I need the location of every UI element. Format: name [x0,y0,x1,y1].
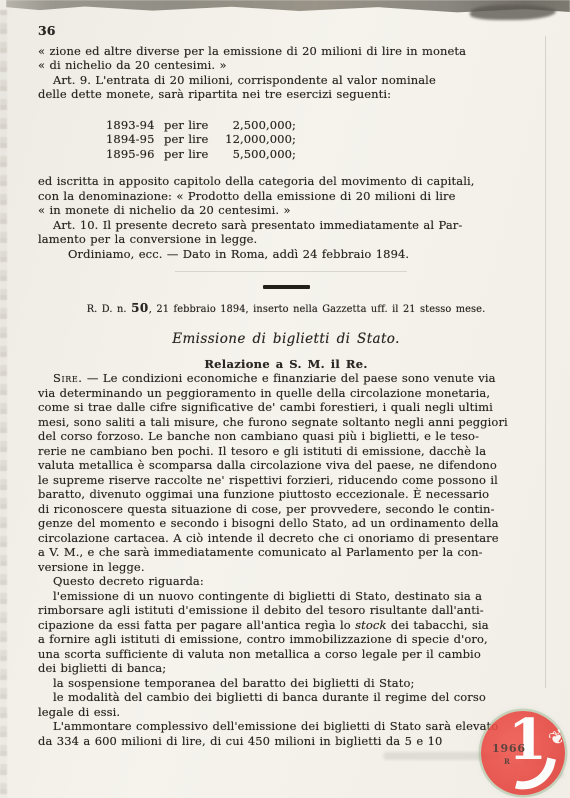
allocation-table: 1893-94 per lire 2,500,000; 1894-95 per … [38,118,534,162]
report-opening-paragraph: Sire. — Le condizioni economiche e finan… [38,371,534,574]
section-divider [263,285,310,289]
rd-prefix: R. D. n. [87,304,131,315]
stock-before: cipazione da essi fatta per pagare all'a… [38,618,355,632]
article-9-paragraph: Art. 9. L'entrata di 20 milioni, corrisp… [38,73,534,102]
intro-quote-paragraph: « zione ed altre diverse per la emission… [38,44,534,73]
allocation-year: 1895-96 [106,147,164,162]
stock-after: dei tabacchi, sia [387,618,489,632]
allocation-label: per lire [164,147,216,162]
decree-item-3: le modalità del cambio dei biglietti di … [38,690,534,719]
opening-first-line: — Le condizioni economiche e finanziarie… [83,371,496,385]
allocation-amount: 2,500,000; [216,118,296,133]
salutation: Sire. [53,371,83,385]
royal-decree-reference: R. D. n. 50, 21 febbraio 1894, inserto n… [38,302,534,316]
item1-lines-b: a fornire agli istituti di emissione, co… [38,632,534,676]
allocation-label: per lire [164,132,216,147]
scanned-page-content: 36 « zione ed altre diverse per la emiss… [38,24,534,748]
allocation-row: 1894-95 per lire 12,000,000; [106,132,534,147]
capitolo-paragraph: ed iscritta in apposito capitolo della c… [38,174,534,218]
decree-title: Emissione di biglietti di Stato. [38,332,534,347]
allocation-label: per lire [164,118,216,133]
allocation-year: 1894-95 [106,132,164,147]
closing-paragraph: L'ammontare complessivo dell'emissione d… [38,719,534,748]
page-number: 36 [38,24,534,39]
allocation-row: 1895-96 per lire 5,500,000; [106,147,534,162]
item1-stock-line: cipazione da essi fatta per pagare all'a… [38,618,534,633]
scan-edge-left [0,10,7,798]
ordiniamo-line: Ordiniamo, ecc. — Dato in Roma, addì 24 … [38,247,534,262]
decree-subtitle: Relazione a S. M. il Re. [38,357,534,372]
allocation-amount: 12,000,000; [216,132,296,147]
riguarda-line: Questo decreto riguarda: [38,574,534,589]
scan-edge-top-blob [470,5,556,20]
opening-body-lines: via determinando un peggioramento in que… [38,386,534,575]
rd-number: 50 [131,301,149,315]
decree-item-1: l'emissione di un nuovo contingente di b… [38,589,534,676]
decree-item-2: la sospensione temporanea del baratto de… [38,676,534,691]
stamp-letter: R [504,757,510,766]
allocation-year: 1893-94 [106,118,164,133]
stock-word: stock [355,618,386,632]
stamp-year: 1966 [492,742,526,755]
allocation-row: 1893-94 per lire 2,500,000; [106,118,534,133]
scan-fold-line [545,36,546,688]
item1-lines-a: l'emissione di un nuovo contingente di b… [38,589,534,618]
stamp-laurel-icon: ❦ [545,725,568,752]
library-stamp: 1 1966 R ❦ [481,711,565,795]
allocation-amount: 5,500,000; [216,147,296,162]
rd-suffix: , 21 febbraio 1894, inserto nella Gazzet… [149,304,486,315]
article-10-paragraph: Art. 10. Il presente decreto sarà presen… [38,218,534,247]
